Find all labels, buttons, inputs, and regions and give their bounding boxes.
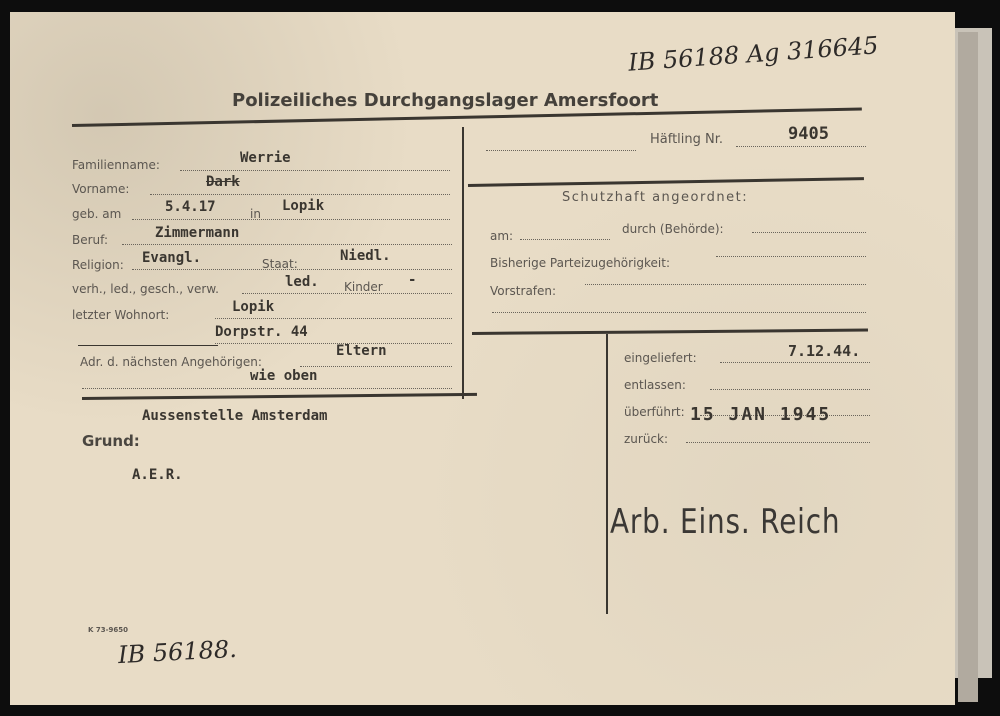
left-box-right-border xyxy=(462,127,464,399)
angehoerige-line2: wie oben xyxy=(250,368,317,384)
wohnort-line1: Lopik xyxy=(232,299,274,315)
wohnort-line2-dots xyxy=(215,343,452,344)
vorstrafen-field[interactable] xyxy=(585,284,866,285)
registration-card: IB 56188 Ag 316645 Polizeiliches Durchga… xyxy=(10,12,955,705)
geb-date: 5.4.17 xyxy=(165,199,216,215)
haeftling-line xyxy=(736,146,866,147)
zurueck-label: zurück: xyxy=(624,432,668,446)
handwritten-top-reference: IB 56188 Ag 316645 xyxy=(627,31,879,76)
wohnort-label: letzter Wohnort: xyxy=(72,308,169,322)
geb-label: geb. am xyxy=(72,207,121,221)
wohnort-line2-rule xyxy=(78,345,218,346)
movement-left-border xyxy=(606,334,608,614)
angehoerige-label: Adr. d. nächsten Angehörigen: xyxy=(80,355,262,369)
office-value: Aussenstelle Amsterdam xyxy=(142,408,327,424)
back-sheet-shadow xyxy=(958,32,978,702)
vorstrafen-field-2[interactable] xyxy=(492,312,866,313)
staat-value: Niedl. xyxy=(340,248,391,264)
vorname-line xyxy=(150,194,450,195)
eingeliefert-line xyxy=(720,362,870,363)
eingeliefert-value: 7.12.44. xyxy=(788,342,860,360)
left-box-bottom-border xyxy=(82,393,477,400)
form-code: K 73-9650 xyxy=(88,626,128,634)
wohnort-line2: Dorpstr. 44 xyxy=(215,324,308,340)
religion-label: Religion: xyxy=(72,258,124,272)
zurueck-field[interactable] xyxy=(686,442,870,443)
haeftling-number: 9405 xyxy=(788,124,829,144)
schutzhaft-heading: Schutzhaft angeordnet: xyxy=(562,190,748,205)
beruf-line xyxy=(122,244,452,245)
geb-place: Lopik xyxy=(282,198,324,214)
haeftling-pre-line xyxy=(486,150,636,151)
status-value: led. xyxy=(285,274,319,290)
kinder-value: - xyxy=(408,272,416,288)
durch-field[interactable] xyxy=(752,232,866,233)
beruf-label: Beruf: xyxy=(72,233,108,247)
familienname-value: Werrie xyxy=(240,150,291,166)
haeftling-label: Häftling Nr. xyxy=(650,132,723,147)
vorname-value: Dark xyxy=(206,174,240,190)
partei-label: Bisherige Parteizugehörigkeit: xyxy=(490,256,670,270)
haeftling-bottom-rule xyxy=(468,177,864,187)
handwritten-bottom-reference: IB 56188. xyxy=(117,635,237,669)
religion-value: Evangl. xyxy=(142,250,201,266)
angehoerige-line2-dots xyxy=(82,388,452,389)
kinder-label: Kinder xyxy=(344,280,383,294)
wohnort-line xyxy=(215,318,452,319)
familienname-label: Familienname: xyxy=(72,158,160,172)
eingeliefert-label: eingeliefert: xyxy=(624,351,697,365)
entlassen-field[interactable] xyxy=(710,389,870,390)
entlassen-label: entlassen: xyxy=(624,378,686,392)
grund-value: A.E.R. xyxy=(132,467,183,483)
angehoerige-line xyxy=(300,366,452,367)
am-field[interactable] xyxy=(520,239,610,240)
page-title: Polizeiliches Durchgangslager Amersfoort xyxy=(232,90,658,111)
geb-line xyxy=(132,219,450,220)
schutzhaft-bottom-rule xyxy=(472,329,868,335)
staat-label: Staat: xyxy=(262,257,298,271)
vorname-label: Vorname: xyxy=(72,182,129,196)
ueberfuehrt-label: überführt: xyxy=(624,405,685,419)
ueberfuehrt-date-stamp: 15 JAN 1945 xyxy=(690,404,831,425)
arbeitseinsatz-stamp: Arb. Eins. Reich xyxy=(610,502,840,542)
partei-field[interactable] xyxy=(716,256,866,257)
grund-label: Grund: xyxy=(82,432,140,450)
am-label: am: xyxy=(490,229,513,243)
in-label: in xyxy=(250,207,261,221)
familienname-line xyxy=(180,170,450,171)
vorstrafen-label: Vorstrafen: xyxy=(490,284,556,298)
beruf-value: Zimmermann xyxy=(155,225,239,241)
status-label: verh., led., gesch., verw. xyxy=(72,282,219,296)
angehoerige-line1: Eltern xyxy=(336,343,387,359)
durch-label: durch (Behörde): xyxy=(622,222,724,236)
